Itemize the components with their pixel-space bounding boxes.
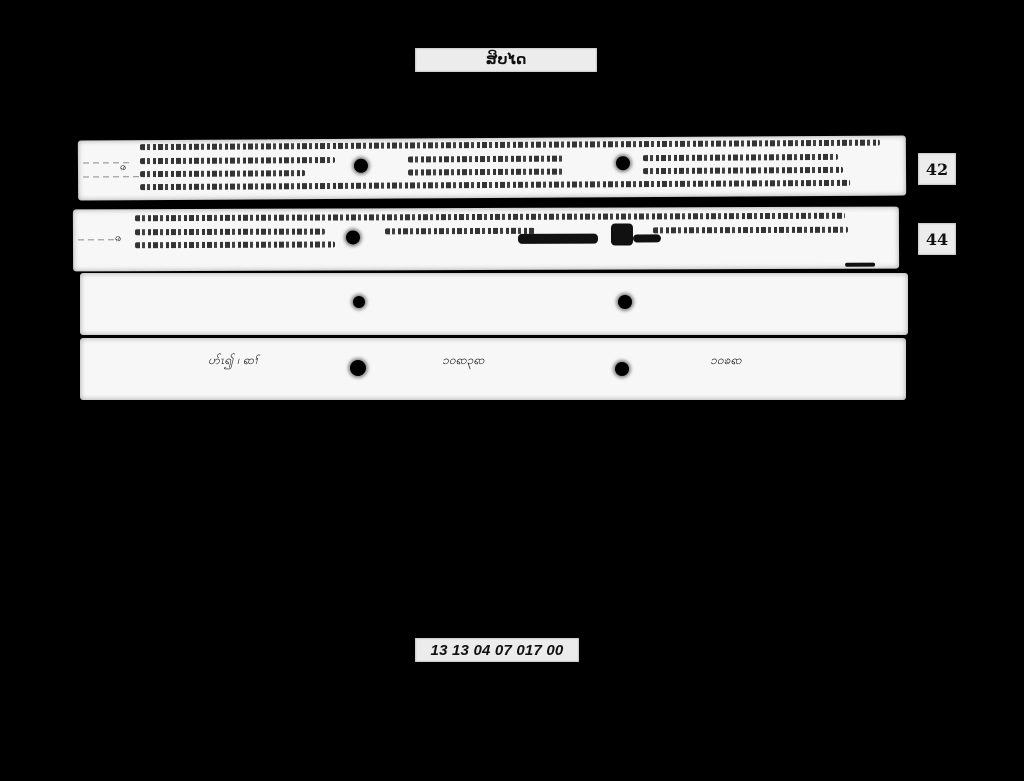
string-hole [616,156,630,170]
palm-leaf-2: ၷ [73,207,899,272]
page-number-marker: 42 [918,153,956,185]
text-line [140,140,880,151]
catalog-number-label: 13 13 04 07 017 00 [415,638,579,662]
text-line [135,229,325,236]
text-line [135,213,845,221]
page-number-marker: 44 [918,223,956,255]
text-line [140,180,850,190]
text-line [408,169,563,176]
palm-leaf-1: ၷ [78,135,906,200]
palm-leaf-3 [80,273,908,335]
string-hole [353,296,365,308]
ink-blot [633,234,661,242]
text-line [140,170,305,177]
ruling-line [78,239,118,240]
text-line [643,167,843,174]
string-hole [615,362,629,376]
string-hole [350,360,366,376]
ink-blot [518,234,598,244]
leaf-inscription: ဟ်ၤ၍ ၊ ၹၢ် [208,352,259,370]
leaf-inscription: ၁၀ၹ၃ၹ [442,352,484,370]
ink-blot [611,223,633,245]
text-line [385,228,535,235]
page-number-text: 44 [926,230,948,249]
string-hole [618,295,632,309]
text-line [135,242,335,249]
text-line [408,156,563,163]
string-hole [354,159,368,173]
page-number-text: 42 [926,160,948,179]
edge-mark [845,263,875,267]
title-label: ສິບໄດ [415,48,597,72]
palm-leaf-4: ဟ်ၤ၍ ၊ ၹၢ် ၁၀ၹ၃ၹ ၁၀ၶၹ [80,338,906,400]
catalog-number-text: 13 13 04 07 017 00 [431,642,564,659]
text-line [140,157,335,164]
text-line [643,154,838,161]
string-hole [346,230,360,244]
leaf-inscription: ၁၀ၶၹ [710,352,741,370]
text-line [653,227,848,234]
ruling-line [83,176,143,177]
title-text: ສິບໄດ [486,52,527,68]
